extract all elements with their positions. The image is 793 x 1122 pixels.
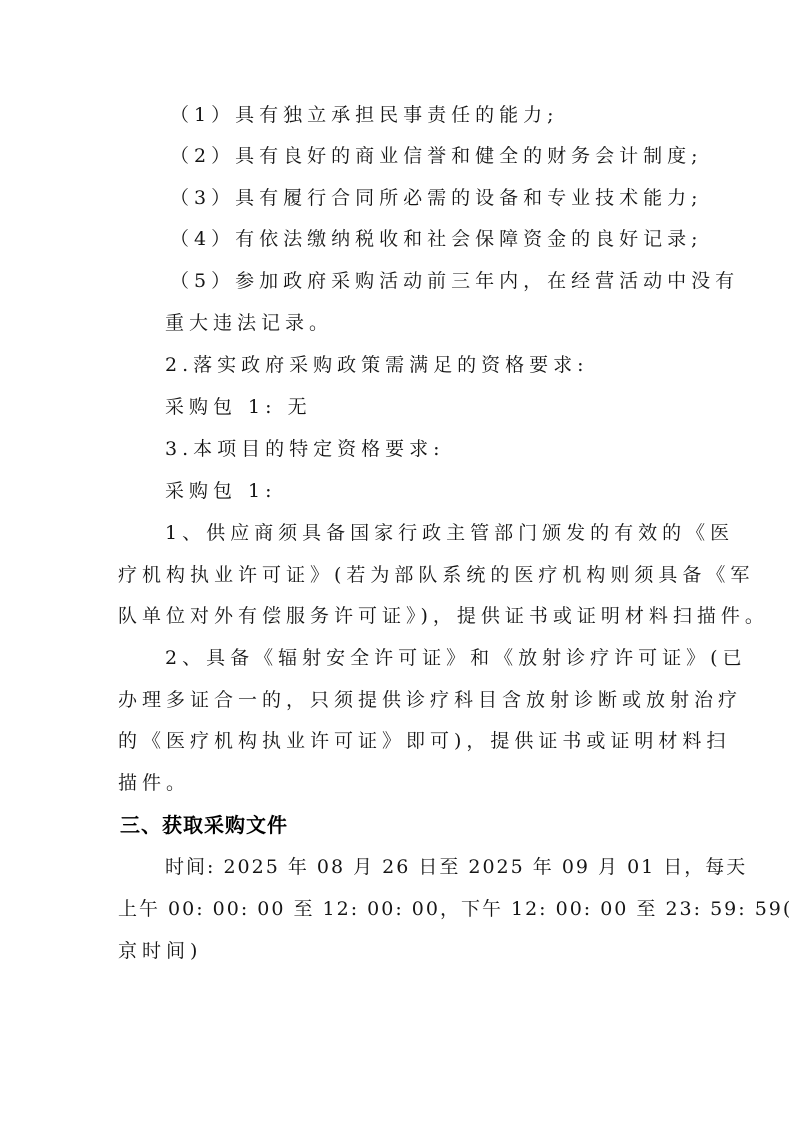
list-item-5-continuation: 重大违法记录。 — [165, 311, 333, 335]
requirement-1-line-1: 1、供应商须具备国家行政主管部门颁发的有效的《医 — [165, 521, 734, 545]
document-page: （1）具有独立承担民事责任的能力; （2）具有良好的商业信誉和健全的财务会计制度… — [0, 0, 793, 1122]
time-line-3: 京时间) — [118, 939, 202, 963]
section-2-title: 2.落实政府采购政策需满足的资格要求: — [165, 353, 589, 377]
time-line-2: 上午 00: 00: 00 至 12: 00: 00，下午 12: 00: 00… — [118, 897, 793, 921]
list-text: 有依法缴纳税收和社会保障资金的良好记录; — [235, 228, 702, 250]
list-marker: （2） — [170, 145, 235, 167]
list-item-4: （4）有依法缴纳税收和社会保障资金的良好记录; — [170, 227, 703, 251]
list-text: 具有独立承担民事责任的能力; — [235, 104, 558, 126]
section-3-title: 3.本项目的特定资格要求: — [165, 437, 445, 461]
list-text: 参加政府采购活动前三年内，在经营活动中没有 — [235, 270, 739, 292]
list-marker: （5） — [170, 270, 235, 292]
section-3-package: 采购包 1: — [165, 479, 277, 503]
list-item-5: （5）参加政府采购活动前三年内，在经营活动中没有 — [170, 269, 739, 293]
section-2-package: 采购包 1: 无 — [165, 395, 312, 419]
requirement-1-line-3: 队单位对外有偿服务许可证》)，提供证书或证明材料扫描件。 — [118, 604, 769, 628]
requirement-1-line-2: 疗机构执业许可证》(若为部队系统的医疗机构则须具备《军 — [118, 563, 754, 587]
list-item-2: （2）具有良好的商业信誉和健全的财务会计制度; — [170, 144, 703, 168]
time-line-1: 时间: 2025 年 08 月 26 日至 2025 年 09 月 01 日，每… — [165, 855, 747, 879]
list-marker: （3） — [170, 187, 235, 209]
requirement-2-line-1: 2、具备《辐射安全许可证》和《放射诊疗许可证》(已 — [165, 646, 747, 670]
list-text: 具有履行合同所必需的设备和专业技术能力; — [235, 187, 702, 209]
requirement-2-line-3: 的《医疗机构执业许可证》即可)，提供证书或证明材料扫 — [118, 729, 730, 753]
section-heading-3: 三、获取采购文件 — [120, 813, 288, 837]
list-marker: （1） — [170, 104, 235, 126]
list-item-3: （3）具有履行合同所必需的设备和专业技术能力; — [170, 186, 703, 210]
requirement-2-line-2: 办理多证合一的，只须提供诊疗科目含放射诊断或放射治疗 — [118, 688, 742, 712]
list-marker: （4） — [170, 228, 235, 250]
requirement-2-line-4: 描件。 — [118, 771, 190, 795]
list-text: 具有良好的商业信誉和健全的财务会计制度; — [235, 145, 702, 167]
list-item-1: （1）具有独立承担民事责任的能力; — [170, 103, 559, 127]
